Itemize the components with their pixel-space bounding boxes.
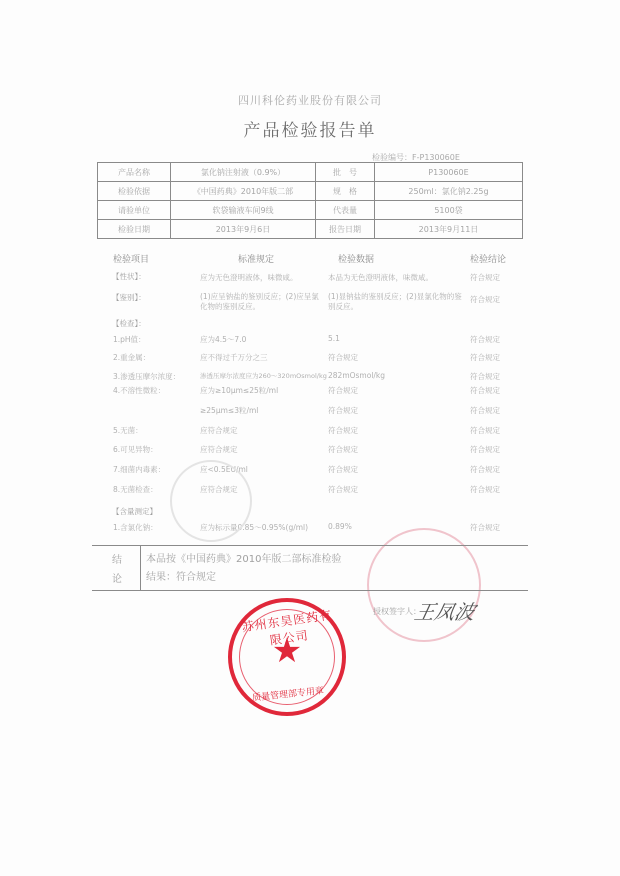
row-data: 符合规定 — [328, 464, 358, 475]
info-value: 《中国药典》2010年版二部 — [171, 182, 316, 201]
row-standard: 应为4.5～7.0 — [200, 334, 246, 345]
row-result: 符合规定 — [470, 425, 500, 436]
info-value: 2013年9月11日 — [375, 220, 523, 239]
row-data: 符合规定 — [328, 385, 358, 396]
row-result: 符合规定 — [470, 444, 500, 455]
info-row: 检验依据 《中国药典》2010年版二部 规 格 250ml：氯化钠2.25g — [98, 182, 523, 201]
row-data: (1)显钠盐的鉴别反应；(2)显氯化物的鉴别反应。 — [328, 292, 463, 312]
report-number-label: 检验编号： — [372, 153, 412, 162]
company-seal: 苏州东昊医药有限公司 ★ 质量管理部专用章 — [228, 598, 346, 716]
row-data: 5.1 — [328, 334, 340, 343]
row-item: 2.重金属： — [113, 352, 150, 363]
row-item: 3.渗透压摩尔浓度： — [113, 371, 180, 382]
section-identify: 【鉴别】： — [112, 292, 146, 303]
row-result: 符合规定 — [470, 522, 500, 533]
row-standard: 应为≥10μm≤25粒/ml — [200, 385, 278, 396]
info-value: 5100袋 — [375, 201, 523, 220]
row-result: 符合规定 — [470, 371, 500, 382]
info-value: P130060E — [375, 163, 523, 182]
row-item: 7.细菌内毒素： — [113, 464, 165, 475]
info-key: 请验单位 — [98, 201, 171, 220]
row-data: 符合规定 — [328, 484, 358, 495]
info-key: 检验依据 — [98, 182, 171, 201]
report-number-value: F-P130060E — [412, 153, 460, 162]
row-data: 符合规定 — [328, 405, 358, 416]
conclusion-result: 结果：符合规定 — [146, 568, 216, 583]
column-header-result: 检验结论 — [470, 252, 506, 265]
info-key: 规 格 — [316, 182, 375, 201]
row-standard: (1)应呈钠盐的鉴别反应；(2)应呈氯化物的鉴别反应。 — [200, 292, 325, 312]
conclusion-bottom-border — [92, 590, 528, 591]
row-result: 符合规定 — [470, 464, 500, 475]
info-key: 批 号 — [316, 163, 375, 182]
row-standard: 渗透压摩尔浓度应为260～320mOsmol/kg — [200, 371, 327, 380]
product-info-table: 产品名称 氯化钠注射液（0.9%） 批 号 P130060E 检验依据 《中国药… — [97, 162, 523, 239]
column-header-item: 检验项目 — [113, 252, 149, 265]
conclusion-label-2: 论 — [112, 570, 122, 585]
row-item: 1.含氯化钠： — [113, 522, 158, 533]
row-data: 符合规定 — [328, 425, 358, 436]
signature: 王凤波 — [412, 596, 478, 625]
info-key: 检验日期 — [98, 220, 171, 239]
row-result: 符合规定 — [470, 484, 500, 495]
row-data: 本品为无色澄明液体，味微咸。 — [328, 272, 433, 283]
conclusion-label-1: 结 — [112, 551, 122, 566]
info-value: 2013年9月6日 — [171, 220, 316, 239]
faded-stamp — [170, 460, 252, 542]
row-item: 6.可见异物： — [113, 444, 158, 455]
info-key: 报告日期 — [316, 220, 375, 239]
row-data: 符合规定 — [328, 444, 358, 455]
row-standard: ≥25μm≤3粒/ml — [200, 405, 258, 416]
row-result: 符合规定 — [470, 385, 500, 396]
row-standard: 应符合规定 — [200, 444, 238, 455]
info-value: 250ml：氯化钠2.25g — [375, 182, 523, 201]
section-check: 【检查】： — [112, 318, 146, 329]
row-standard: 应为无色澄明液体，味微咸。 — [200, 272, 298, 283]
row-result: 符合规定 — [470, 352, 500, 363]
row-standard: 应符合规定 — [200, 425, 238, 436]
info-value: 氯化钠注射液（0.9%） — [171, 163, 316, 182]
info-row: 检验日期 2013年9月6日 报告日期 2013年9月11日 — [98, 220, 523, 239]
row-item: 4.不溶性微粒： — [113, 385, 165, 396]
conclusion-top-border — [92, 545, 528, 546]
info-key: 产品名称 — [98, 163, 171, 182]
info-row: 产品名称 氯化钠注射液（0.9%） 批 号 P130060E — [98, 163, 523, 182]
row-result: 符合规定 — [470, 334, 500, 345]
column-header-standard: 标准规定 — [238, 252, 274, 265]
row-item: 8.无菌检查： — [113, 484, 158, 495]
row-result: 符合规定 — [470, 405, 500, 416]
info-row: 请验单位 软袋输液车间9线 代表量 5100袋 — [98, 201, 523, 220]
conclusion-divider — [140, 545, 141, 590]
row-result: 符合规定 — [470, 272, 500, 283]
row-data: 0.89% — [328, 522, 352, 531]
info-value: 软袋输液车间9线 — [171, 201, 316, 220]
info-key: 代表量 — [316, 201, 375, 220]
section-appearance: 【性状】： — [112, 271, 146, 282]
row-item: 1.pH值： — [113, 334, 146, 345]
document-title: 产品检验报告单 — [0, 116, 620, 141]
star-icon: ★ — [232, 634, 342, 668]
company-name: 四川科伦药业股份有限公司 — [0, 92, 620, 108]
row-standard: 应不得过千万分之三 — [200, 352, 268, 363]
conclusion-text: 本品按《中国药典》2010年版二部标准检验 — [146, 550, 341, 565]
row-data: 符合规定 — [328, 352, 358, 363]
row-result: 符合规定 — [470, 294, 500, 305]
row-item: 5.无菌： — [113, 425, 143, 436]
section-assay: 【含量测定】 — [112, 506, 157, 517]
row-data: 282mOsmol/kg — [328, 371, 385, 380]
column-header-data: 检验数据 — [338, 252, 374, 265]
